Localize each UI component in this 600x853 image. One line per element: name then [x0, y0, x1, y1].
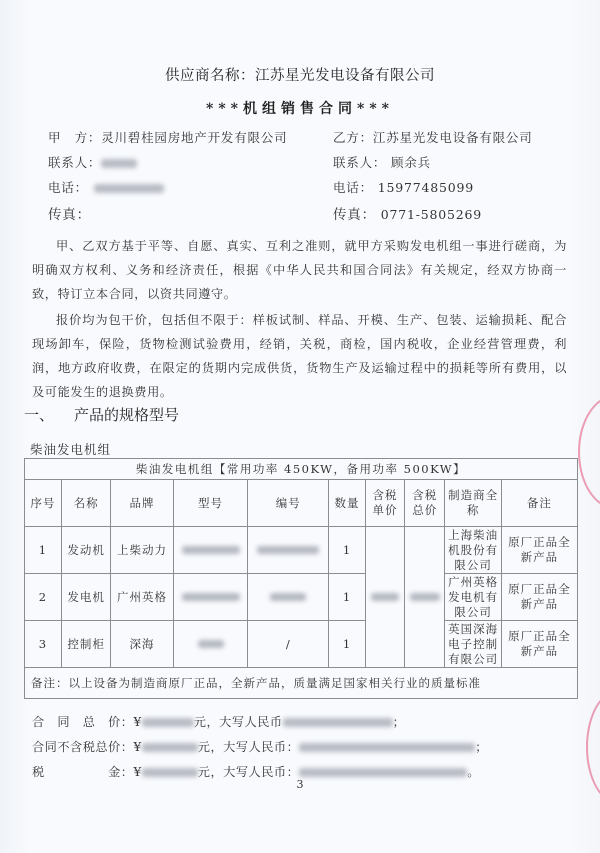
model-redacted — [198, 640, 224, 648]
pretax-words-redacted — [299, 743, 475, 752]
section-heading: 一、产品的规格型号 — [24, 404, 179, 425]
tax-amount-redacted — [142, 768, 198, 777]
pretax-unit: 元，大写人民币： — [198, 740, 300, 754]
header-quantity: 数量 — [329, 480, 366, 527]
row-quantity: 1 — [329, 621, 366, 668]
currency-symbol: ¥ — [134, 740, 142, 754]
table-row: 1 发动机 上柴动力 1 上海柴油机股份有限公司 原厂正品全新产品 — [25, 527, 578, 574]
unit-price-redacted — [371, 593, 399, 601]
row-note: 原厂正品全新产品 — [501, 621, 577, 668]
header-name: 名称 — [61, 480, 111, 527]
row-manufacturer: 英国深海电子控制有限公司 — [445, 621, 501, 668]
row-brand: 深海 — [111, 621, 173, 668]
supplier-title: 供应商名称：江苏星光发电设备有限公司 — [0, 64, 600, 85]
party-a-phone-line: 电话： — [48, 178, 164, 196]
unit-price-cell — [365, 527, 404, 668]
row-name: 控制柜 — [61, 621, 111, 668]
intro-paragraph: 甲、乙双方基于平等、自愿、真实、互利之准则，就甲方采购发电机组一事进行磋商，为明… — [32, 234, 567, 306]
row-brand: 广州英格 — [111, 574, 173, 621]
row-serial — [248, 527, 329, 574]
table-remark: 备注：以上设备为制造商原厂正品，全新产品，质量满足国家相关行业的质量标准 — [25, 668, 578, 699]
party-a-fax-line: 传真： — [48, 203, 91, 223]
party-b-phone-label: 电话： — [333, 180, 373, 195]
total-amount-redacted — [142, 718, 194, 727]
header-model: 型号 — [173, 480, 248, 527]
header-brand: 品牌 — [111, 480, 173, 527]
party-a-contact-label: 联系人： — [48, 155, 101, 170]
line-end: 。 — [467, 765, 480, 779]
party-a-phone-redacted — [94, 184, 164, 193]
party-a-contact-redacted — [101, 159, 137, 168]
seal-stamp-top — [578, 395, 600, 509]
table-row: 2 发电机 广州英格 1 广州英格发电机有限公司 原厂正品全新产品 — [25, 574, 578, 621]
row-quantity: 1 — [329, 527, 366, 574]
party-a-phone-label: 电话： — [48, 180, 88, 195]
pretax-amount-redacted — [142, 743, 198, 752]
party-b-fax: 0771-5805269 — [381, 207, 482, 222]
header-manufacturer: 制造商全称 — [445, 480, 501, 527]
party-a-fax-label: 传真： — [48, 207, 91, 223]
total-words-redacted — [283, 718, 393, 727]
serial-redacted — [257, 546, 319, 554]
row-index: 2 — [25, 574, 62, 621]
model-redacted — [182, 593, 240, 601]
header-serial: 编号 — [248, 480, 329, 527]
party-b-fax-line: 传真： 0771-5805269 — [333, 203, 482, 223]
total-label: 合 同 总 价： — [32, 715, 134, 729]
table-row: 3 控制柜 深海 / 1 英国深海电子控制有限公司 原厂正品全新产品 — [25, 621, 578, 668]
contract-page: 供应商名称：江苏星光发电设备有限公司 ***机组销售合同*** 甲 方：灵川碧桂… — [0, 0, 600, 853]
party-b-contact-label: 联系人： — [333, 155, 386, 170]
row-model — [173, 527, 248, 574]
total-price-line: 合 同 总 价：¥元，大写人民币； — [32, 713, 405, 730]
table-caption: 柴油发电机组【常用功率 450KW，备用功率 500KW】 — [25, 459, 578, 480]
total-unit: 元，大写人民币 — [194, 715, 283, 729]
header-index: 序号 — [25, 480, 62, 527]
row-brand: 上柴动力 — [111, 527, 173, 574]
pricing-paragraph: 报价均为包干价，包括但不限于：样板试制、样品、开模、生产、包装、运输损耗、配合现… — [32, 308, 567, 404]
row-model — [173, 574, 248, 621]
row-serial: / — [248, 621, 329, 668]
model-redacted — [182, 546, 240, 554]
header-note: 备注 — [501, 480, 577, 527]
row-model — [173, 621, 248, 668]
row-index: 1 — [25, 527, 62, 574]
party-a-name: 灵川碧桂园房地产开发有限公司 — [101, 130, 287, 145]
tax-unit: 元，大写人民币： — [198, 765, 300, 779]
pretax-label: 合同不含税总价： — [32, 740, 134, 754]
line-end: ； — [393, 715, 406, 729]
currency-symbol: ¥ — [134, 715, 142, 729]
party-b-name: 江苏星光发电设备有限公司 — [373, 130, 533, 145]
table-header-row: 序号 名称 品牌 型号 编号 数量 含税单价 含税总价 制造商全称 备注 — [25, 480, 578, 527]
spec-table: 柴油发电机组【常用功率 450KW，备用功率 500KW】 序号 名称 品牌 型… — [24, 458, 578, 699]
header-total-price: 含税总价 — [405, 480, 445, 527]
party-b-contact-line: 联系人： 顾余兵 — [333, 153, 431, 171]
party-b-name-line: 乙方：江苏星光发电设备有限公司 — [333, 128, 533, 146]
total-price-cell — [405, 527, 445, 668]
line-end: ； — [475, 740, 488, 754]
subheading: 柴油发电机组 — [30, 440, 111, 458]
row-name: 发电机 — [61, 574, 111, 621]
contract-title: ***机组销售合同*** — [0, 98, 600, 118]
page-number: 3 — [0, 778, 600, 791]
party-a-contact-line: 联系人： — [48, 153, 137, 171]
header-unit-price: 含税单价 — [365, 480, 404, 527]
party-b-contact: 顾余兵 — [391, 155, 431, 170]
tax-words-redacted — [299, 768, 467, 777]
row-manufacturer: 广州英格发电机有限公司 — [445, 574, 501, 621]
party-a-name-line: 甲 方：灵川碧桂园房地产开发有限公司 — [48, 128, 287, 146]
section-title: 产品的规格型号 — [74, 406, 179, 424]
row-note: 原厂正品全新产品 — [501, 574, 577, 621]
party-b-phone-line: 电话： 15977485099 — [333, 178, 474, 196]
party-b-label: 乙方： — [333, 130, 373, 145]
total-price-redacted — [410, 593, 440, 601]
serial-redacted — [270, 593, 306, 601]
party-a-label: 甲 方： — [48, 130, 101, 145]
row-manufacturer: 上海柴油机股份有限公司 — [445, 527, 501, 574]
section-number: 一、 — [24, 404, 74, 425]
party-b-phone: 15977485099 — [378, 180, 474, 195]
pretax-price-line: 合同不含税总价：¥元，大写人民币：； — [32, 738, 488, 755]
party-b-fax-label: 传真： — [333, 207, 376, 223]
tax-label: 税 金： — [32, 765, 134, 779]
row-note: 原厂正品全新产品 — [501, 527, 577, 574]
row-index: 3 — [25, 621, 62, 668]
row-serial — [248, 574, 329, 621]
currency-symbol: ¥ — [134, 765, 142, 779]
row-name: 发动机 — [61, 527, 111, 574]
row-quantity: 1 — [329, 574, 366, 621]
